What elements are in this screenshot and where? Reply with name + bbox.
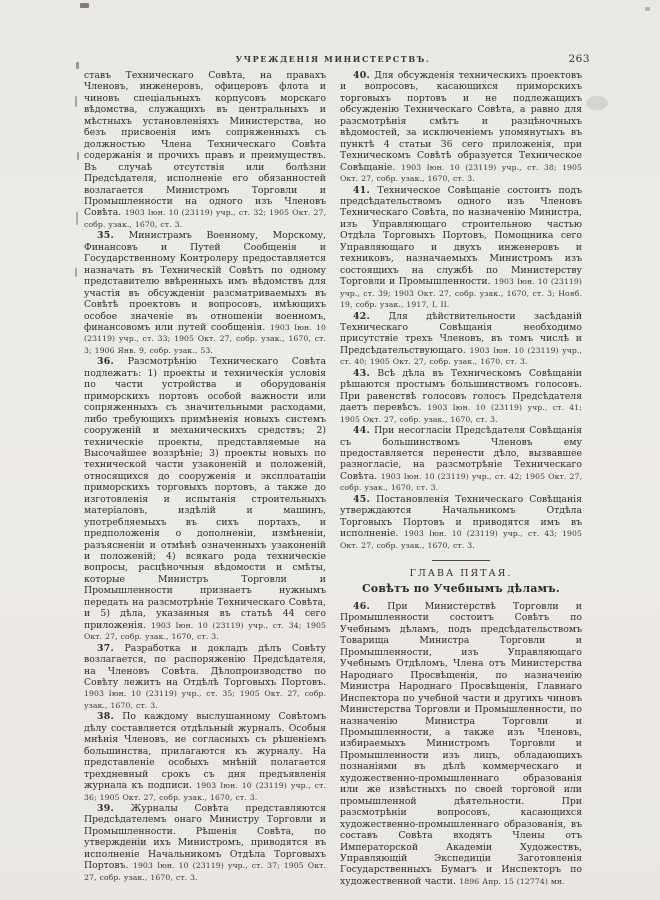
chapter-subtitle: Совѣтъ по Учебнымъ дѣламъ.	[340, 582, 582, 595]
article-34-continuation: ставъ Техническаго Совѣта, на правахъ Чл…	[84, 70, 326, 230]
article-number: 43.	[353, 368, 370, 379]
article-37: 37. Разработка и докладъ дѣлъ Совѣту воз…	[84, 643, 326, 712]
article-43: 43. Всѣ дѣла въ Техническомъ Совѣщаніи р…	[340, 368, 582, 425]
article-45: 45. Постановленія Техническаго Совѣщанія…	[340, 494, 582, 551]
article-38: 38. По каждому выслушанному Совѣтомъ дѣл…	[84, 711, 326, 803]
citation: 1903 Іюн. 10 (23119) учр., ст. 35; 1905 …	[84, 689, 326, 709]
citation: 1903 Іюн. 10 (23119) учр., ст. 42; 1905 …	[340, 472, 582, 492]
article-39: 39. Журналы Совѣта представляются Предсѣ…	[84, 803, 326, 883]
article-number: 39.	[97, 803, 114, 814]
citation: 1896 Апр. 15 (12774) мн.	[459, 877, 564, 886]
article-text: По каждому выслушанному Совѣтомъ дѣлу со…	[84, 711, 326, 791]
running-header-title: УЧРЕЖДЕНІЯ МИНИСТЕРСТВЪ.	[84, 54, 582, 64]
article-number: 44.	[353, 425, 370, 436]
book-page: УЧРЕЖДЕНІЯ МИНИСТЕРСТВЪ. 263 ставъ Техни…	[0, 0, 660, 900]
chapter-title: ГЛАВА ПЯТАЯ.	[340, 568, 582, 579]
article-number: 41.	[353, 185, 370, 196]
article-text: Техническое Совѣщаніе состоитъ подъ пред…	[340, 185, 582, 288]
article-text: Министрамъ Военному, Морскому, Финансовъ…	[84, 230, 326, 333]
chapter-divider	[432, 560, 490, 561]
article-text: Разработка и докладъ дѣлъ Совѣту возлага…	[84, 643, 326, 688]
article-number: 46.	[353, 601, 370, 612]
scan-artifact	[76, 62, 79, 69]
text-columns: ставъ Техническаго Совѣта, на правахъ Чл…	[84, 70, 582, 887]
scan-smudge	[586, 96, 608, 110]
page-number: 263	[568, 53, 590, 65]
scan-artifact	[76, 212, 78, 225]
article-number: 40.	[353, 70, 370, 81]
column-left: ставъ Техническаго Совѣта, на правахъ Чл…	[84, 70, 326, 883]
citation: 1903 Іюн. 10 (23119) учр., ст. 32; 1905 …	[84, 208, 326, 228]
scan-artifact	[77, 152, 79, 160]
page-header: УЧРЕЖДЕНІЯ МИНИСТЕРСТВЪ. 263	[84, 54, 582, 68]
article-number: 38.	[97, 711, 114, 722]
article-number: 35.	[97, 230, 114, 241]
article-number: 37.	[97, 643, 114, 654]
article-42: 42. Для дѣйствительности засѣданій Техни…	[340, 311, 582, 368]
article-text: ставъ Техническаго Совѣта, на правахъ Чл…	[84, 70, 326, 218]
article-number: 45.	[353, 494, 370, 505]
article-number: 42.	[353, 311, 370, 322]
article-text: Для обсужденія техническихъ проектовъ и …	[340, 70, 582, 173]
article-46: 46. При Министерствѣ Торговли и Промышле…	[340, 601, 582, 887]
article-41: 41. Техническое Совѣщаніе состоитъ подъ …	[340, 185, 582, 311]
article-35: 35. Министрамъ Военному, Морскому, Финан…	[84, 230, 326, 356]
scan-artifact	[645, 7, 650, 11]
column-right: 40. Для обсужденія техническихъ проектов…	[340, 70, 582, 887]
article-text: При Министерствѣ Торговли и Промышленнос…	[340, 601, 582, 887]
article-36: 36. Разсмотрѣнію Техническаго Совѣта под…	[84, 356, 326, 642]
scan-artifact	[80, 3, 89, 8]
article-text: Разсмотрѣнію Техническаго Совѣта подлежа…	[84, 356, 326, 630]
scan-artifact	[75, 96, 77, 107]
scan-artifact	[75, 268, 77, 277]
article-44: 44. При несогласіи Предсѣдателя Совѣщані…	[340, 425, 582, 494]
article-40: 40. Для обсужденія техническихъ проектов…	[340, 70, 582, 185]
article-number: 36.	[97, 356, 114, 367]
